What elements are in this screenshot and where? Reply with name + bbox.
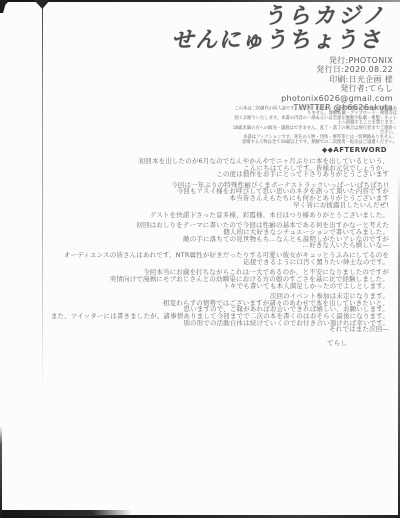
scan-top-edge-line [0, 0, 400, 2]
afterword-paragraph: 初回はおしりをテーマに書いたので今回は性癖の基本である何を出すかなーと考えた個人… [42, 222, 389, 249]
colophon-line: photonix6026@gmail.com [281, 94, 393, 103]
afterword-body: 初回本を出したのが6月なのでなんやかんやでニヶ月ぶりに本を出しているという、こん… [42, 158, 389, 347]
scan-corner-mark [0, 0, 10, 13]
scan-bottom-left-shadow [0, 510, 132, 516]
scanned-doujinshi-colophon-page: うらカジノ せんにゅうちょうさ 発行:PHOTONIX発行日:2020.08.2… [0, 0, 400, 518]
afterword-line: …好きな人いたら嬉しいな— [42, 242, 389, 249]
colophon-line: 発行:PHOTONIX [281, 56, 393, 65]
colophon-line: 印刷:日光企画 様 [281, 75, 393, 84]
scan-left-edge-line [0, 426, 2, 518]
book-title-line-1: うらカジノ [175, 5, 391, 29]
colophon-line: 発行者:てらし [281, 84, 393, 93]
book-title-line-2: せんにゅうちょうさ [171, 29, 387, 53]
book-title: うらカジノ せんにゅうちょうさ [171, 5, 391, 53]
author-signature: てらし [42, 340, 389, 347]
afterword-paragraph: オーディエンスの皆さんはあれです、NTR属性が好きだったりする可愛い彼女がキュッ… [42, 252, 389, 265]
fine-print-block: この本は二次創作の同人誌です。原作者・出版社・その他関係各社様とは一切関係ありま… [231, 106, 397, 145]
colophon-line: 発行日:2020.08.22 [281, 65, 393, 74]
afterword-line: 早く皆にお披露目したいんだぜ! [42, 202, 389, 209]
colophon-block: 発行:PHOTONIX発行日:2020.08.22印刷:日光企画 様発行者:てら… [281, 56, 393, 112]
fine-print-line: 登場する人物は全て18歳以上です。無断での二次使用・転売はご遠慮ください。 [231, 140, 397, 145]
afterword-paragraph: ゲストを快諾下さった景多様、彩霞様、本日はつり様ありがとうございました。 [42, 212, 389, 219]
afterword-header: ◆◆AFTERWORD [322, 146, 387, 154]
afterword-line: ゲストを快諾下さった景多様、彩霞様、本日はつり様ありがとうございました。 [42, 212, 389, 219]
afterword-paragraph: 今回は一年ぶりの特殊性癖ぴくまボーナストラックいっぱーいぱちぱち!!今回もアスイ… [42, 182, 389, 209]
afterword-line: それではまた次回— [42, 326, 389, 333]
afterword-line: この度は拙作をお手にとって下さりありがとうございます [42, 171, 389, 178]
afterword-line: トキでも書いても本人満足しかったのでよしとします。 [42, 283, 389, 290]
afterword-paragraph: 次回のイベント参加は未定になります。相変わらずの情勢ではございますが諸々のあわせ… [42, 293, 389, 333]
fine-print-line: 固くお断りいたします。本書の内容の一部あるいは全部を無断で転載・複製・ネット上へ… [231, 116, 397, 126]
page-fold-mark [34, 0, 50, 9]
afterword-paragraph: 初回本を出したのが6月なのでなんやかんやでニヶ月ぶりに本を出しているという、こん… [42, 158, 389, 178]
afterword-paragraph: 今回本当にお蔵を打ちながらこれは一大であるのか、と不安になりましたのですが実情向… [42, 269, 389, 289]
afterword-line: 応援できるように口汚く罵りたい紳士なのです。 [42, 259, 389, 266]
